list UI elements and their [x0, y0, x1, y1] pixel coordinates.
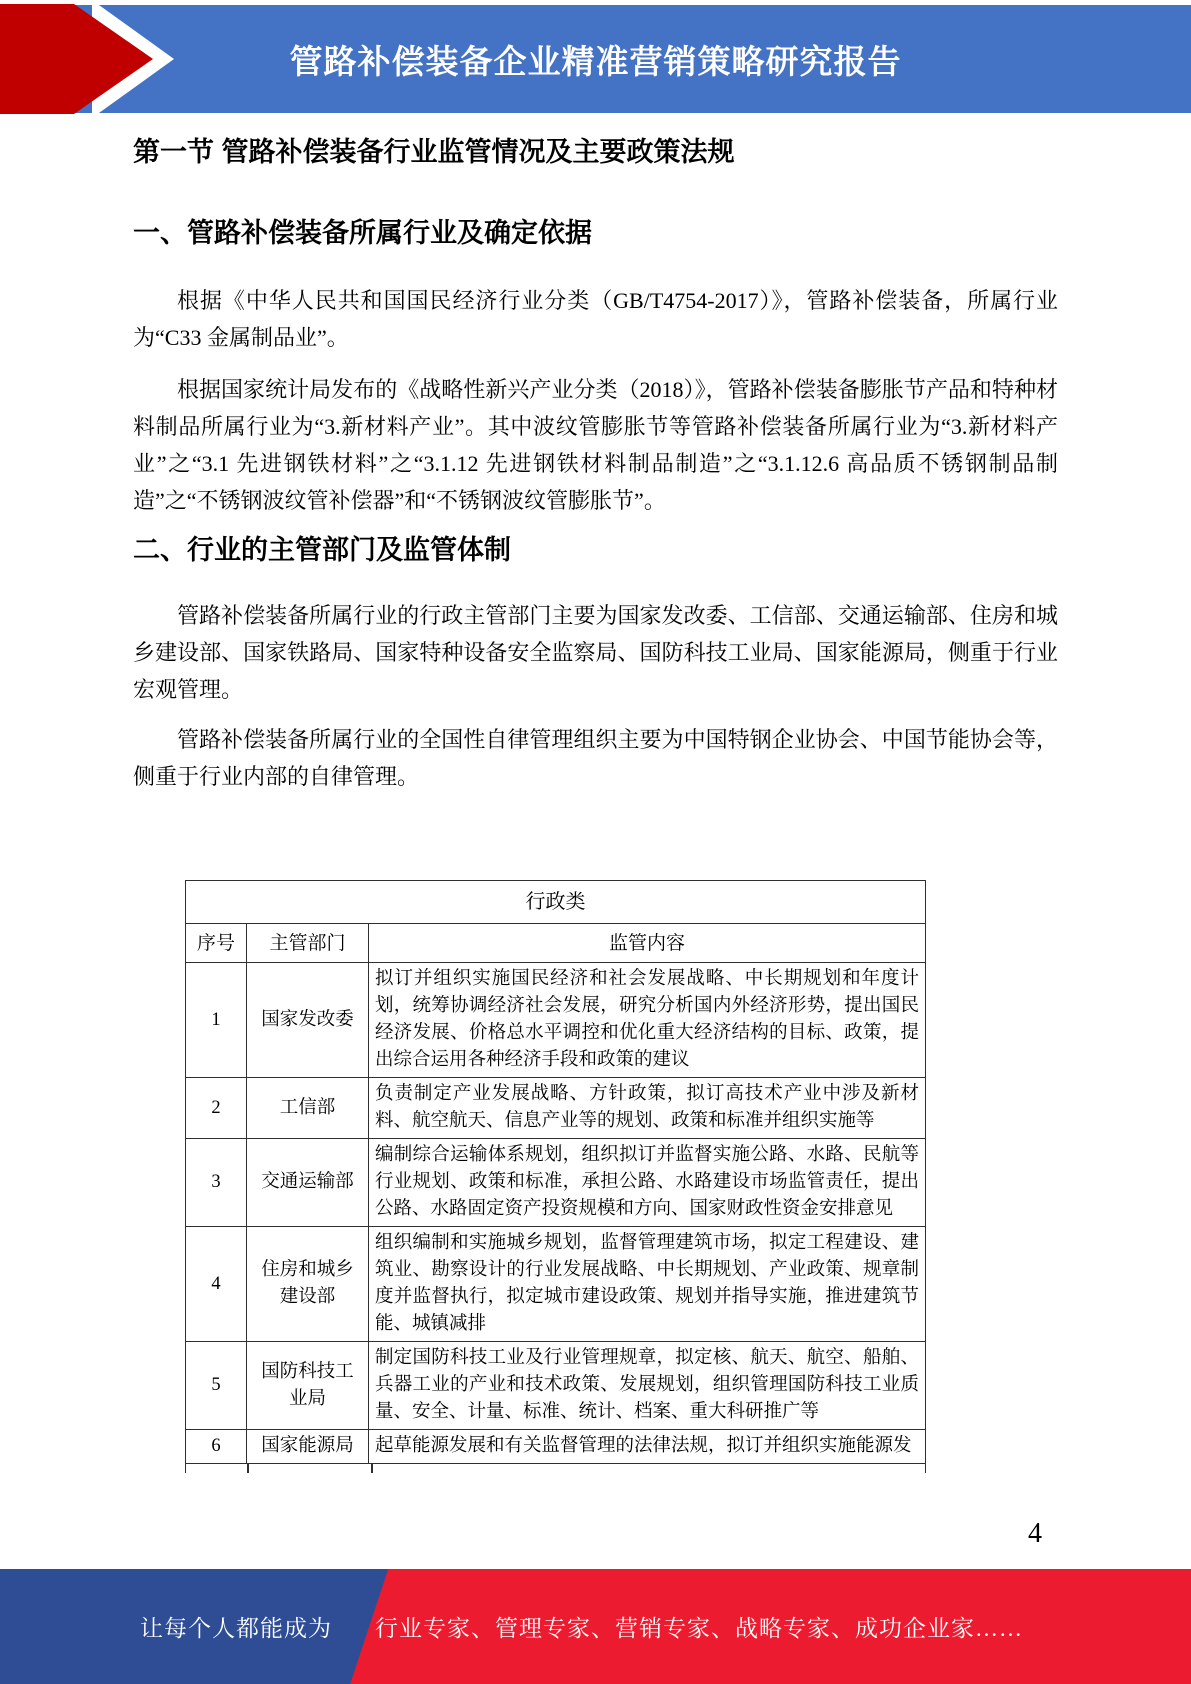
- table-header-row: 序号 主管部门 监管内容: [186, 924, 926, 963]
- row-dept: 住房和城乡建设部: [247, 1227, 369, 1342]
- paragraph: 根据国家统计局发布的《战略性新兴产业分类（2018）》，管路补偿装备膨胀节产品和…: [133, 371, 1058, 519]
- row-number: 3: [186, 1139, 247, 1227]
- column-header-content: 监管内容: [369, 924, 926, 963]
- row-number: 4: [186, 1227, 247, 1342]
- document-page: 管路补偿装备企业精准营销策略研究报告 第一节 管路补偿装备行业监管情况及主要政策…: [0, 0, 1191, 1684]
- table-row: 2 工信部 负责制定产业发展战略、方针政策，拟订高技术产业中涉及新材料、航空航天…: [186, 1078, 926, 1139]
- divider: [247, 1464, 249, 1473]
- paragraph: 根据《中华人民共和国国民经济行业分类（GB/T4754-2017）》，管路补偿装…: [133, 282, 1058, 356]
- row-dept: 交通运输部: [247, 1139, 369, 1227]
- table-row: 4 住房和城乡建设部 组织编制和实施城乡规划，监督管理建筑市场，拟定工程建设、建…: [186, 1227, 926, 1342]
- footer-slogan-left: 让每个人都能成为: [140, 1569, 332, 1684]
- row-dept: 工信部: [247, 1078, 369, 1139]
- header-banner: 管路补偿装备企业精准营销策略研究报告: [0, 5, 1191, 113]
- footer-banner: 让每个人都能成为 行业专家、管理专家、营销专家、战略专家、成功企业家……: [0, 1569, 1191, 1684]
- footer-slogan-right: 行业专家、管理专家、营销专家、战略专家、成功企业家……: [375, 1569, 1023, 1684]
- row-number: 1: [186, 963, 247, 1078]
- report-title: 管路补偿装备企业精准营销策略研究报告: [0, 5, 1191, 113]
- subsection-2-heading: 二、行业的主管部门及监管体制: [133, 532, 1058, 568]
- row-content: 起草能源发展和有关监督管理的法律法规，拟订并组织实施能源发: [369, 1430, 926, 1464]
- column-header-dept: 主管部门: [247, 924, 369, 963]
- subsection-1-heading: 一、管路补偿装备所属行业及确定依据: [133, 215, 1058, 251]
- paragraph: 管路补偿装备所属行业的行政主管部门主要为国家发改委、工信部、交通运输部、住房和城…: [133, 597, 1058, 708]
- table-cutoff-stub: [185, 1464, 926, 1473]
- table-row: 1 国家发改委 拟订并组织实施国民经济和社会发展战略、中长期规划和年度计划，统筹…: [186, 963, 926, 1078]
- row-content: 编制综合运输体系规划，组织拟订并监督实施公路、水路、民航等行业规划、政策和标准，…: [369, 1139, 926, 1227]
- row-dept: 国家能源局: [247, 1430, 369, 1464]
- section-heading: 第一节 管路补偿装备行业监管情况及主要政策法规: [133, 134, 1058, 170]
- paragraph: 管路补偿装备所属行业的全国性自律管理组织主要为中国特钢企业协会、中国节能协会等，…: [133, 721, 1058, 795]
- row-content: 制定国防科技工业及行业管理规章，拟定核、航天、航空、船舶、兵器工业的产业和技术政…: [369, 1342, 926, 1430]
- row-number: 5: [186, 1342, 247, 1430]
- table-row: 6 国家能源局 起草能源发展和有关监督管理的法律法规，拟订并组织实施能源发: [186, 1430, 926, 1464]
- column-header-no: 序号: [186, 924, 247, 963]
- row-dept: 国家发改委: [247, 963, 369, 1078]
- regulators-table: 行政类 序号 主管部门 监管内容 1 国家发改委 拟订并组织实施国民经济和社会发…: [185, 880, 926, 1473]
- table-row: 3 交通运输部 编制综合运输体系规划，组织拟订并监督实施公路、水路、民航等行业规…: [186, 1139, 926, 1227]
- row-number: 6: [186, 1430, 247, 1464]
- table-row: 5 国防科技工业局 制定国防科技工业及行业管理规章，拟定核、航天、航空、船舶、兵…: [186, 1342, 926, 1430]
- row-content: 组织编制和实施城乡规划，监督管理建筑市场，拟定工程建设、建筑业、勘察设计的行业发…: [369, 1227, 926, 1342]
- row-dept: 国防科技工业局: [247, 1342, 369, 1430]
- divider: [371, 1464, 373, 1473]
- row-content: 拟订并组织实施国民经济和社会发展战略、中长期规划和年度计划，统筹协调经济社会发展…: [369, 963, 926, 1078]
- table-caption: 行政类: [186, 881, 926, 924]
- page-number: 4: [1028, 1518, 1042, 1550]
- row-content: 负责制定产业发展战略、方针政策，拟订高技术产业中涉及新材料、航空航天、信息产业等…: [369, 1078, 926, 1139]
- row-number: 2: [186, 1078, 247, 1139]
- table-caption-row: 行政类: [186, 881, 926, 924]
- page-content: 第一节 管路补偿装备行业监管情况及主要政策法规 一、管路补偿装备所属行业及确定依…: [0, 134, 1191, 1473]
